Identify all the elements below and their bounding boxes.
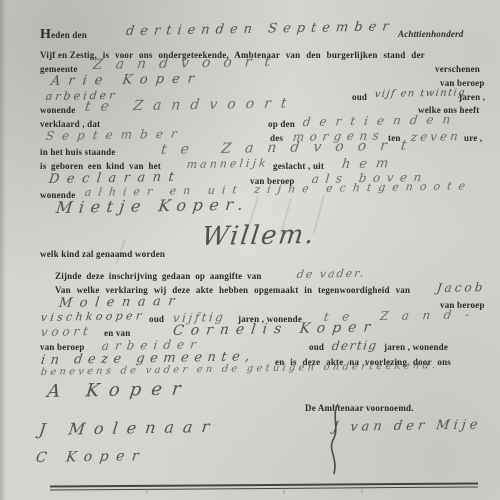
signature-brace-flourish — [328, 404, 342, 474]
printed-aangifte-label: Zijnde deze inschrijving gedaan op aangi… — [55, 271, 262, 281]
printed-huis-label: in het huis staande — [40, 147, 116, 157]
printed-wonende-1: wonende — [40, 105, 75, 115]
printed-op-den: op den — [268, 119, 295, 129]
handwritten-uit-wie: hem — [341, 156, 398, 172]
signature-ambtenaar: J van der Mije — [332, 417, 482, 435]
birth-certificate-scan: Heden den dertienden September Achttienh… — [0, 0, 500, 500]
ink-smudge — [313, 194, 325, 233]
handwritten-geboorte-dag: dertienden — [302, 112, 460, 129]
handwritten-getuige1-beroep: vischkooper — [40, 309, 145, 324]
printed-year-part1: Achttienhonderd — [398, 29, 464, 39]
handwritten-gemeente: Zandvoort — [92, 54, 284, 73]
bottom-double-rule — [50, 483, 478, 491]
printed-ambtenaar-label: De Ambtenaar voornoemd. — [305, 403, 414, 413]
printed-oud-2: oud — [149, 314, 164, 324]
ghost-stroke: ʹ — [360, 489, 364, 500]
handwritten-declarant-name: Arie Koper — [50, 71, 203, 89]
ghost-stroke: ​ʹ — [145, 489, 149, 500]
handwritten-getuige1-voornaam: Jacob — [436, 280, 486, 295]
printed-ure: ure , — [464, 133, 482, 143]
printed-naamgeving-label: welk kind zal genaamd worden — [40, 249, 165, 259]
handwritten-moeder-naam: Mietje Koper. — [55, 195, 251, 217]
printed-oud-1: oud — [352, 92, 367, 102]
printed-verschenen: verschenen — [435, 64, 480, 74]
handwritten-declarant-leeftijd: vijf en twintig — [374, 87, 467, 100]
handwritten-getuige1-woonplaats-b: voort — [40, 324, 93, 339]
handwritten-geslacht: mannelijk — [186, 157, 269, 171]
printed-gemeente-label: gemeente — [40, 64, 78, 74]
ghost-stroke: ʹ — [282, 488, 286, 500]
printed-jaren-1: jaren , — [459, 92, 485, 102]
printed-en-van: en van — [104, 328, 130, 338]
handwritten-geboorte-maand: September — [45, 127, 186, 143]
handwritten-declarant-woonplaats: te Zandvoort — [84, 95, 297, 115]
handwritten-aangifte-door: de vader. — [296, 267, 367, 281]
handwritten-getuige2-naam: Cornelis Koper — [172, 319, 378, 339]
signature-getuige2: C Koper — [35, 448, 147, 466]
handwritten-huis-plaats: te Zandvoort — [160, 137, 421, 158]
printed-oud-3: oud — [309, 342, 324, 352]
handwritten-kind-naam: Willem. — [200, 220, 317, 252]
handwritten-getuige1-achternaam: Molenaar — [58, 294, 183, 311]
handwritten-getuige2-leeftijd: dertig — [331, 338, 379, 353]
printed-getuigen-intro: Van welke verklaring wij deze akte hebbe… — [55, 285, 410, 295]
signature-vader: A Koper — [46, 378, 192, 402]
printed-van-beroep-4: van beroep — [40, 342, 85, 352]
handwritten-date: dertienden September — [125, 19, 395, 39]
printed-geslacht-uit: geslacht , uit — [273, 161, 324, 171]
signature-getuige1: J Molenaar — [38, 417, 219, 439]
printed-heden-den: Heden den — [40, 27, 87, 43]
printed-jaren-wonende-2: jaren , wonende — [384, 342, 448, 352]
printed-year-part2: Vijf en Zestig — [40, 50, 94, 60]
